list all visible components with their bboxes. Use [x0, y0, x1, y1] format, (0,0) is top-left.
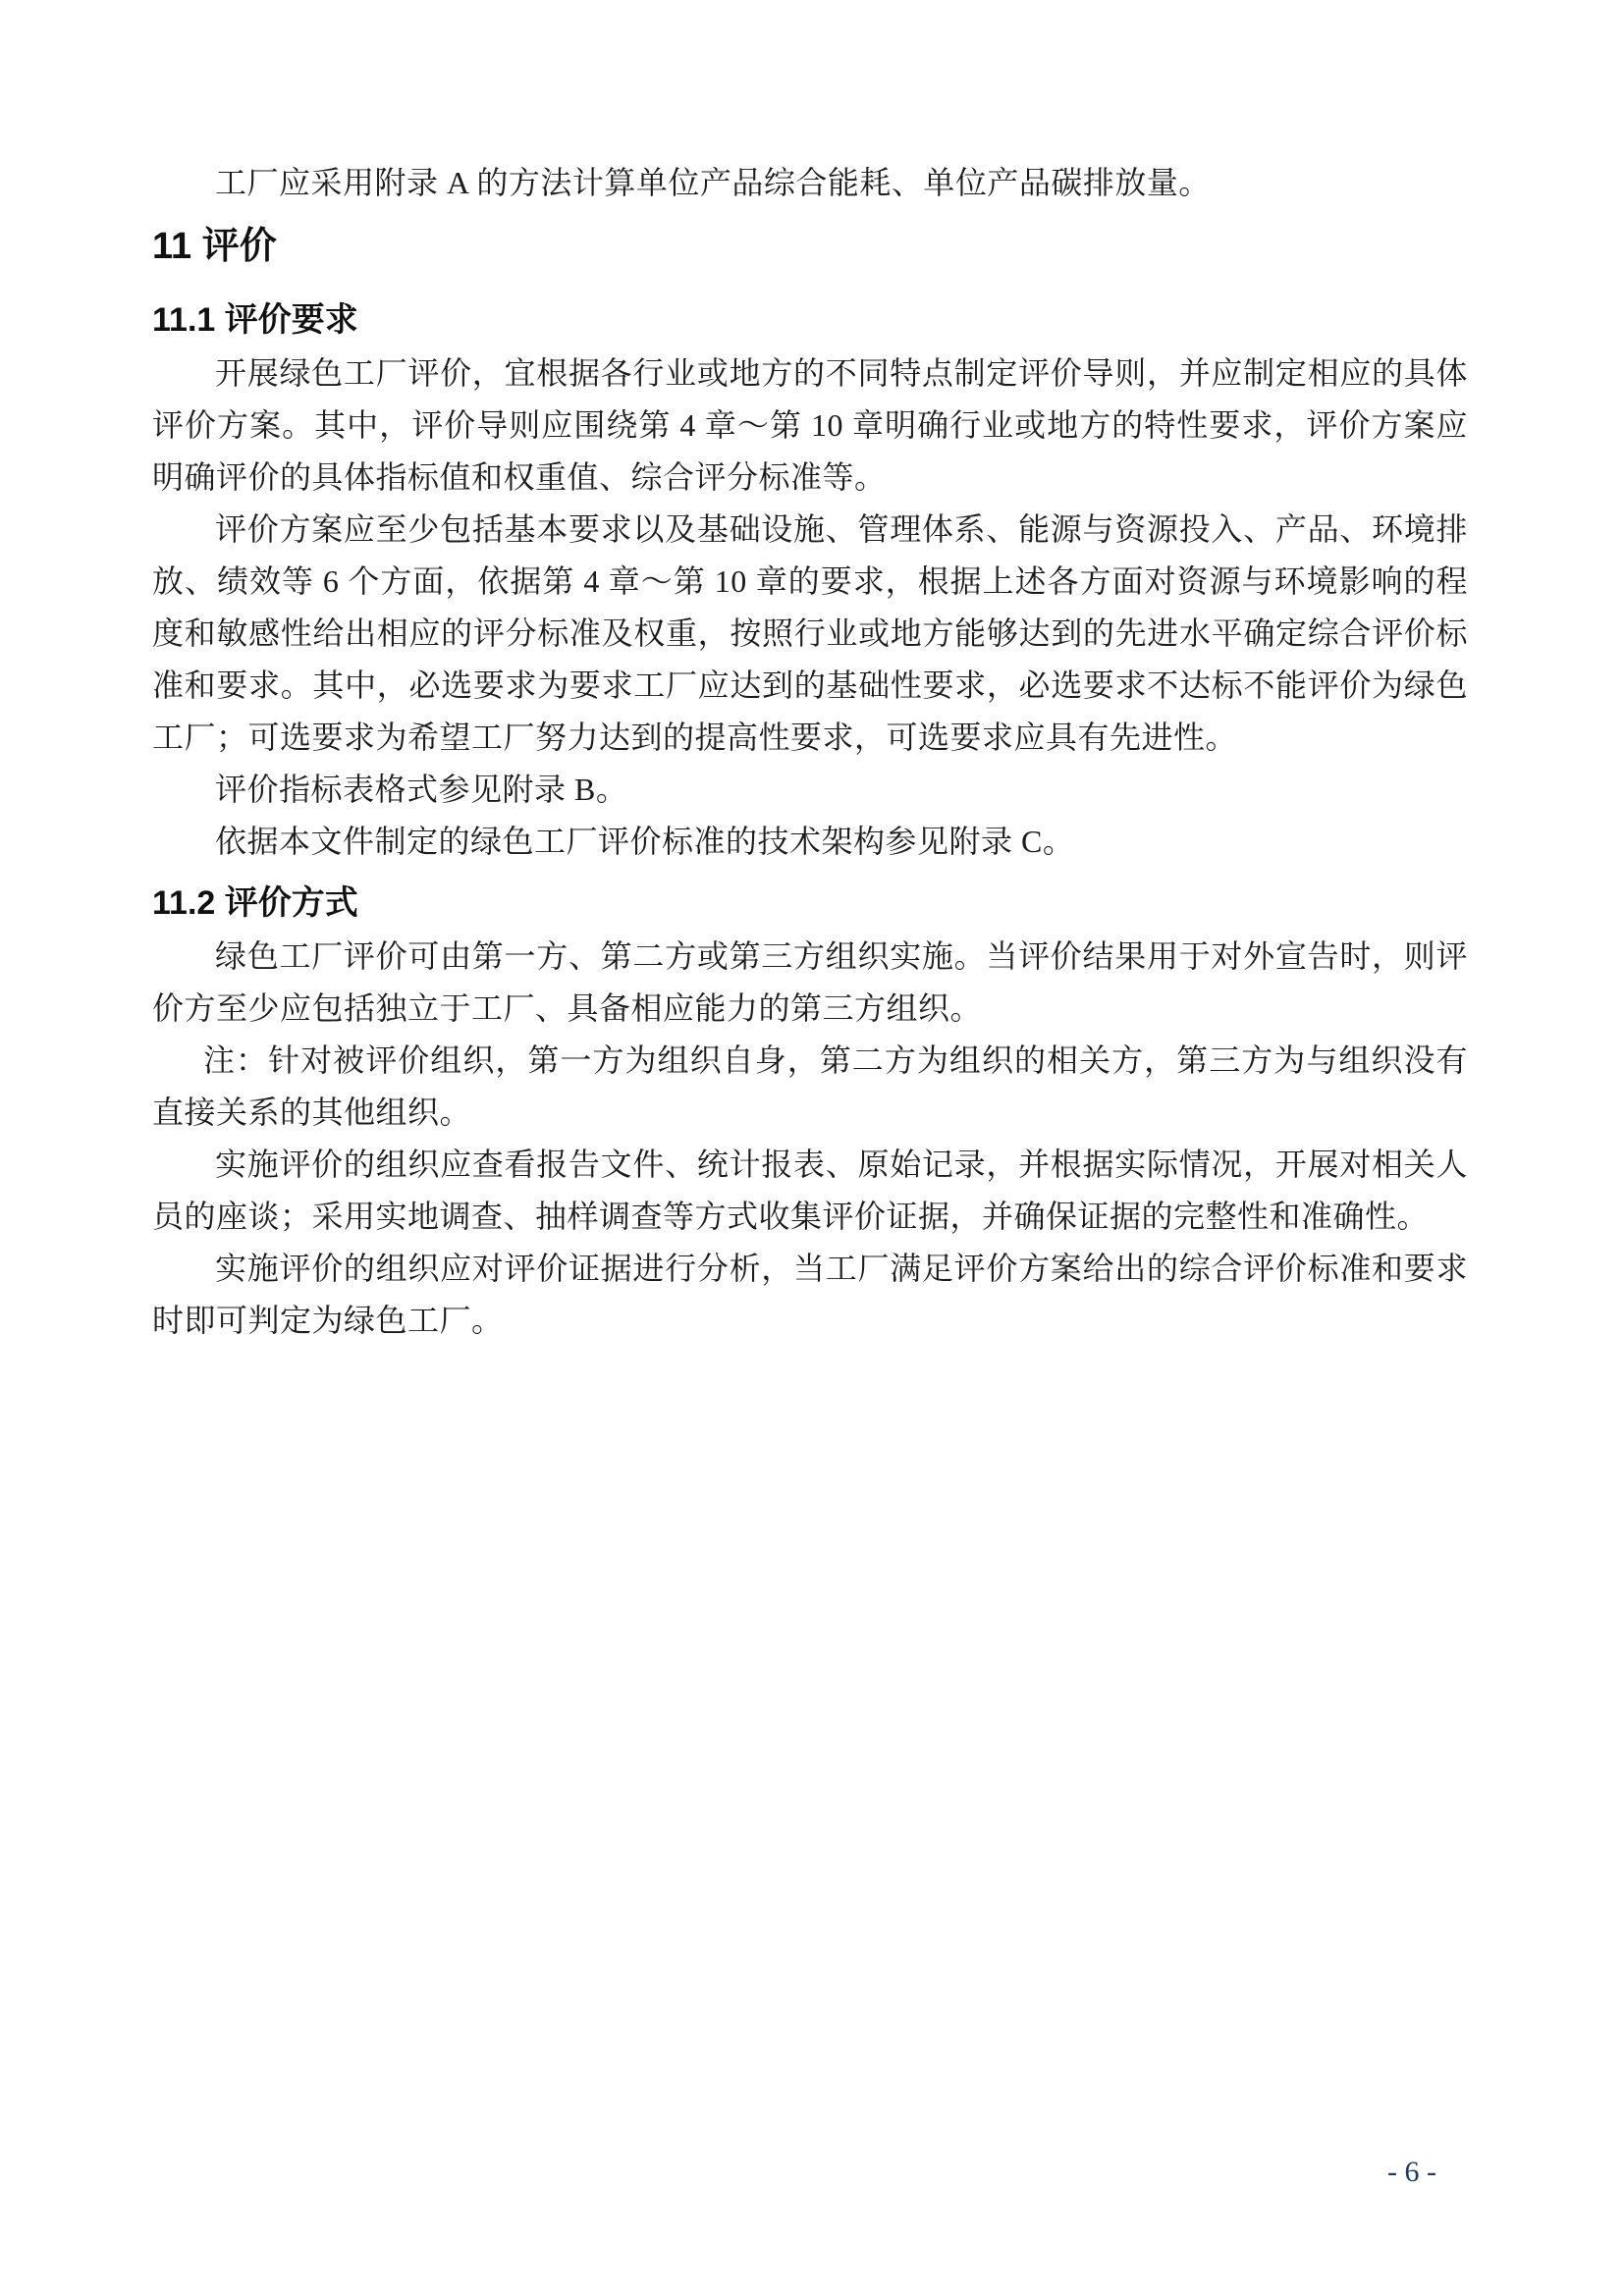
document-page: 工厂应采用附录 A 的方法计算单位产品综合能耗、单位产品碳排放量。 11 评价 … — [0, 0, 1624, 2296]
heading-section-11-1: 11.1 评价要求 — [152, 300, 1468, 340]
document-content: 工厂应采用附录 A 的方法计算单位产品综合能耗、单位产品碳排放量。 11 评价 … — [152, 157, 1468, 1347]
paragraph-eval-mode-1: 绿色工厂评价可由第一方、第二方或第三方组织实施。当评价结果用于对外宣告时，则评价… — [152, 931, 1468, 1035]
paragraph-eval-mode-3: 实施评价的组织应对评价证据进行分析，当工厂满足评价方案给出的综合评价标准和要求时… — [152, 1243, 1468, 1347]
paragraph-eval-requirements-2: 评价方案应至少包括基本要求以及基础设施、管理体系、能源与资源投入、产品、环境排放… — [152, 504, 1468, 764]
paragraph-eval-appendix-b: 评价指标表格式参见附录 B。 — [152, 764, 1468, 816]
paragraph-eval-appendix-c: 依据本文件制定的绿色工厂评价标准的技术架构参见附录 C。 — [152, 816, 1468, 868]
page-number: - 6 - — [1387, 2156, 1436, 2189]
paragraph-eval-mode-2: 实施评价的组织应查看报告文件、统计报表、原始记录，并根据实际情况，开展对相关人员… — [152, 1139, 1468, 1243]
heading-section-11-2: 11.2 评价方式 — [152, 883, 1468, 923]
paragraph-eval-requirements-1: 开展绿色工厂评价，宜根据各行业或地方的不同特点制定评价导则，并应制定相应的具体评… — [152, 347, 1468, 504]
paragraph-eval-mode-note: 注：针对被评价组织，第一方为组织自身，第二方为组织的相关方，第三方为与组织没有直… — [152, 1035, 1468, 1139]
heading-chapter-11: 11 评价 — [152, 224, 1468, 269]
paragraph-intro-energy-calc: 工厂应采用附录 A 的方法计算单位产品综合能耗、单位产品碳排放量。 — [152, 157, 1468, 209]
